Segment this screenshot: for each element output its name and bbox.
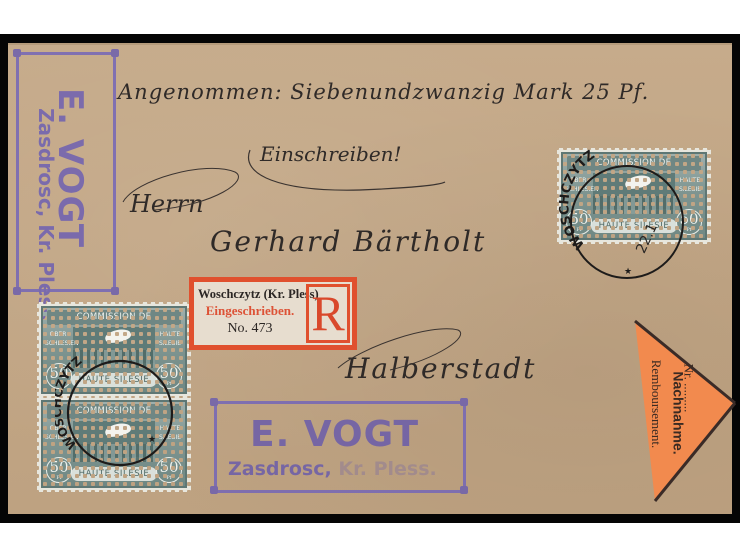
postage-stamp: COMMISSION DE GOUVERNEMENT OBER SCHLESIE… — [37, 302, 191, 398]
registration-r-mark: R — [306, 284, 350, 343]
stamp-industrial-scene — [73, 350, 155, 368]
postage-stamp: COMMISSION DE GOUVERNEMENT OBER SCHLESIE… — [557, 148, 711, 244]
sender-cachet-vertical: E. VOGT Zasdrosc, Kr. Pless. — [12, 50, 120, 295]
sender-cachet-horizontal: E. VOGT Zasdrosc, Kr. Pless. — [210, 398, 468, 494]
destination-city-handwriting: Halberstadt — [345, 352, 536, 385]
stamp-panel-text: SILESIE — [157, 339, 183, 348]
stamp-design: COMMISSION DE GOUVERNEMENT OBER SCHLESIE… — [41, 400, 187, 488]
stamp-left-panel: OBER SCHLESIEN — [45, 330, 71, 348]
cachet-corner — [210, 486, 218, 494]
stamp-panel-text: HAUTE — [157, 330, 183, 339]
cod-subtitle: Remboursement. — [648, 360, 664, 448]
cachet-place-faded: Kr. Pless. — [338, 458, 436, 480]
cachet-sender-name: E. VOGT — [250, 414, 419, 455]
stamp-ribbon-inscription: HAUTE SILESIE — [71, 467, 157, 481]
stamp-ribbon-inscription: HAUTE SILESIE — [71, 373, 157, 387]
cachet-corner — [210, 398, 218, 406]
stamp-design: COMMISSION DE GOUVERNEMENT OBER SCHLESIE… — [41, 306, 187, 394]
stamp-ribbon-inscription: HAUTE SILESIE — [591, 219, 677, 233]
stamp-top-inscription: COMMISSION DE GOUVERNEMENT — [567, 156, 701, 171]
stamp-left-panel: OBER SCHLESIEN — [45, 424, 71, 442]
stamp-panel-text: HAUTE — [157, 424, 183, 433]
registration-office: Woschczytz (Kr. Pless) — [198, 287, 319, 302]
stamp-panel-text: SCHLESIEN — [45, 433, 71, 442]
stamp-panel-text: SILESIE — [157, 433, 183, 442]
cachet-sender-place: Zasdrosc, Kr. Pless. — [228, 458, 437, 480]
stamp-left-panel: OBER SCHLESIEN — [565, 176, 591, 194]
stamp-panel-text: SCHLESIEN — [45, 339, 71, 348]
stamp-right-panel: HAUTE SILESIE — [677, 176, 703, 194]
stamp-denomination: 50Pf — [156, 363, 182, 389]
stamp-denomination: 50Pf — [156, 457, 182, 483]
cachet-corner — [460, 486, 468, 494]
stamp-panel-text: HAUTE — [677, 176, 703, 185]
cachet-corner — [111, 287, 119, 295]
stamp-panel-text: OBER — [45, 330, 71, 339]
postage-stamp: COMMISSION DE GOUVERNEMENT OBER SCHLESIE… — [37, 396, 191, 492]
cachet-corner — [460, 398, 468, 406]
stamp-industrial-scene — [593, 196, 675, 214]
stamp-panel-text: SILESIE — [677, 185, 703, 194]
cod-title: Nachnahme. — [671, 371, 687, 454]
stamp-denomination: 50Pf — [46, 457, 72, 483]
registration-type: Eingeschrieben. — [194, 303, 306, 319]
stamp-design: COMMISSION DE GOUVERNEMENT OBER SCHLESIE… — [561, 152, 707, 240]
stamp-panel-text: SCHLESIEN — [565, 185, 591, 194]
cachet-place-visible: Zasdrosc, — [228, 458, 332, 480]
stamp-right-panel: HAUTE SILESIE — [157, 424, 183, 442]
registration-label: Woschczytz (Kr. Pless) Eingeschrieben. N… — [189, 277, 357, 350]
cachet-corner — [13, 287, 21, 295]
stamp-panel-text: OBER — [565, 176, 591, 185]
stamp-industrial-scene — [73, 444, 155, 462]
recipient-name-handwriting: Gerhard Bärtholt — [210, 225, 486, 258]
stamp-denomination: 50Pf — [566, 209, 592, 235]
stamp-top-inscription: COMMISSION DE GOUVERNEMENT — [47, 404, 181, 419]
stamp-denomination: 50Pf — [676, 209, 702, 235]
stamp-panel-text: OBER — [45, 424, 71, 433]
declared-value-handwriting: Angenommen: Siebenundzwanzig Mark 25 Pf. — [118, 80, 649, 104]
cachet-corner — [13, 49, 21, 57]
cachet-corner — [111, 49, 119, 57]
stamp-right-panel: HAUTE SILESIE — [157, 330, 183, 348]
salutation-handwriting: Herrn — [130, 190, 204, 218]
registration-number: No. 473 — [194, 321, 306, 337]
stamp-top-inscription: COMMISSION DE GOUVERNEMENT — [47, 310, 181, 325]
registered-instruction-handwriting: Einschreiben! — [260, 142, 402, 166]
stamp-denomination: 50Pf — [46, 363, 72, 389]
cachet-sender-place: Zasdrosc, Kr. Pless. — [34, 108, 58, 328]
